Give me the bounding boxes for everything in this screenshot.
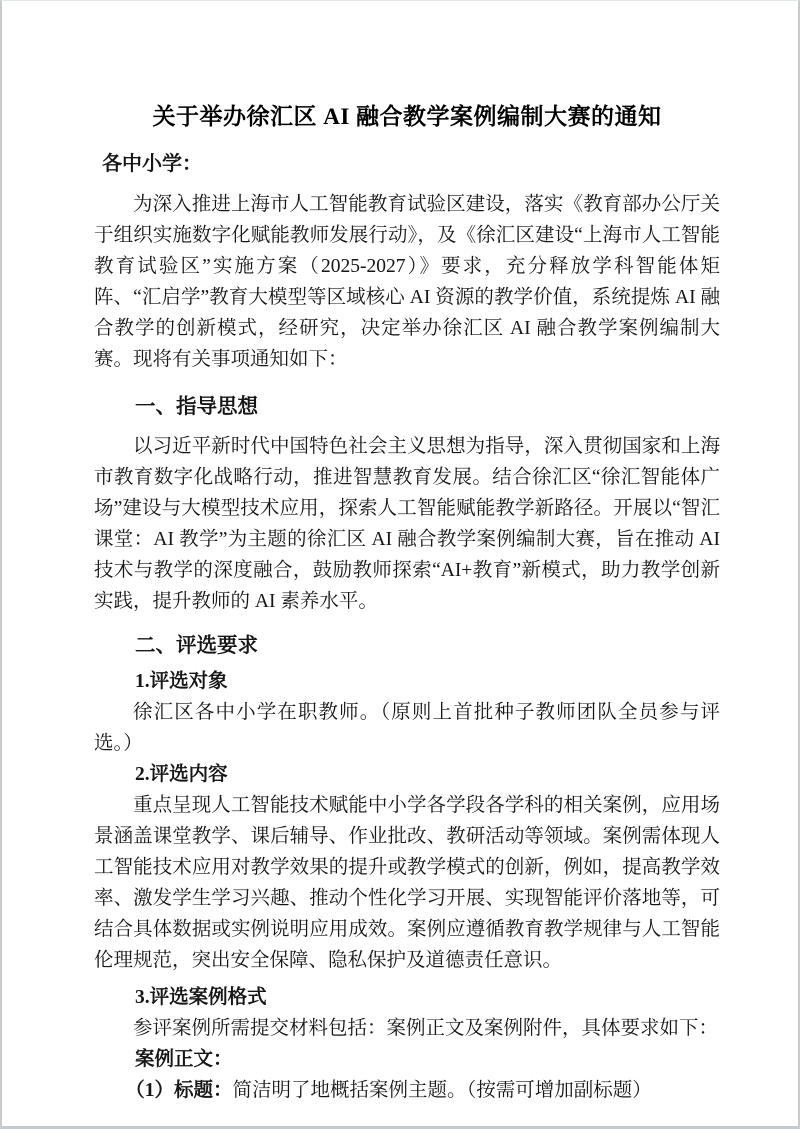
- document-title: 关于举办徐汇区 AI 融合教学案例编制大赛的通知: [94, 99, 720, 135]
- section-1-heading: 一、指导思想: [94, 392, 720, 423]
- section-1-paragraph: 以习近平新时代中国特色社会主义思想为指导，深入贯彻国家和上海市教育数字化战略行动…: [94, 431, 720, 617]
- subheading-1-target: 1.评选对象: [94, 666, 720, 697]
- intro-paragraph: 为深入推进上海市人工智能教育试验区建设，落实《教育部办公厅关于组织实施数字化赋能…: [94, 189, 720, 375]
- format-item-1-text: 简洁明了地概括案例主题。（按需可增加副标题）: [232, 1080, 651, 1101]
- section-2-heading: 二、评选要求: [94, 631, 720, 662]
- case-body-label: 案例正文：: [94, 1044, 720, 1075]
- format-item-1-label: （1）标题：: [125, 1080, 232, 1101]
- subheading-3-format: 3.评选案例格式: [94, 982, 720, 1013]
- format-item-1: （1）标题：简洁明了地概括案例主题。（按需可增加副标题）: [94, 1075, 720, 1106]
- subsection-3-intro: 参评案例所需提交材料包括：案例正文及案例附件，具体要求如下：: [94, 1013, 720, 1044]
- subheading-2-content: 2.评选内容: [94, 759, 720, 790]
- subsection-1-body: 徐汇区各中小学在职教师。（原则上首批种子教师团队全员参与评选。）: [94, 697, 720, 759]
- salutation: 各中小学：: [102, 149, 720, 180]
- document-page: 关于举办徐汇区 AI 融合教学案例编制大赛的通知 各中小学： 为深入推进上海市人…: [0, 0, 800, 1129]
- subsection-2-body: 重点呈现人工智能技术赋能中小学各学段各学科的相关案例，应用场景涵盖课堂教学、课后…: [94, 790, 720, 976]
